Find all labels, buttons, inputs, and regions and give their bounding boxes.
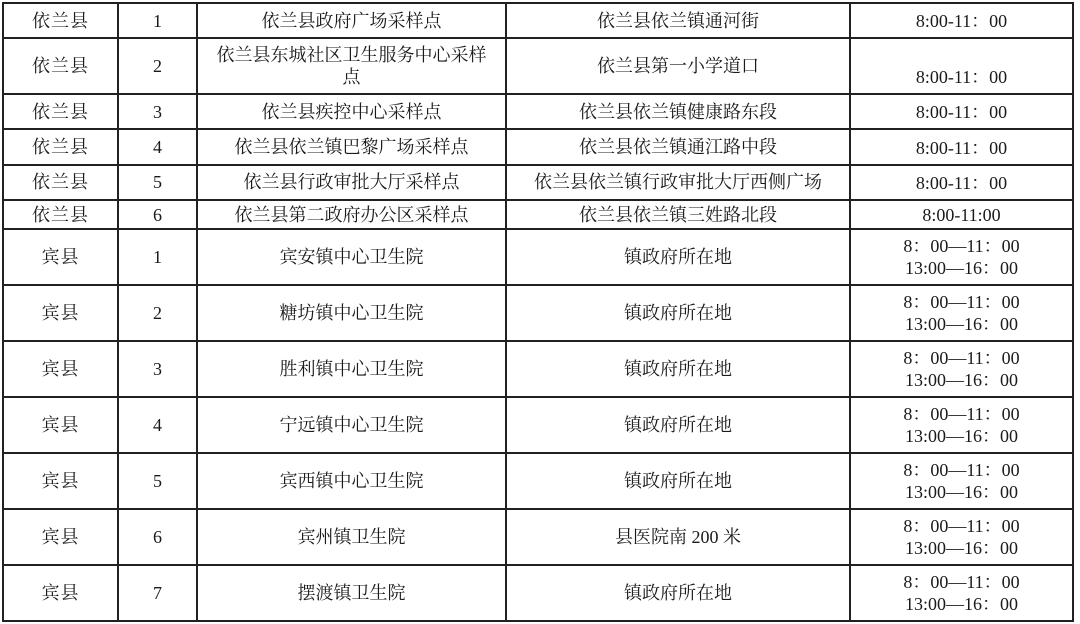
table-row: 宾县 3 胜利镇中心卫生院 镇政府所在地 8：00—11：00 13:00—16… <box>3 341 1073 397</box>
table-row: 宾县 5 宾西镇中心卫生院 镇政府所在地 8：00—11：00 13:00—16… <box>3 453 1073 509</box>
time-cell: 8：00—11：00 13:00—16：00 <box>850 453 1073 509</box>
time-cell: 8:00-11：00 <box>850 165 1073 200</box>
row-number-cell: 7 <box>118 565 197 621</box>
table-row: 依兰县 5 依兰县行政审批大厅采样点 依兰县依兰镇行政审批大厅西侧广场 8:00… <box>3 165 1073 200</box>
site-name-cell: 摆渡镇卫生院 <box>197 565 506 621</box>
site-name-cell: 胜利镇中心卫生院 <box>197 341 506 397</box>
sampling-points-table-container: 依兰县 1 依兰县政府广场采样点 依兰县依兰镇通河街 8:00-11：00 依兰… <box>2 2 1074 622</box>
county-cell: 依兰县 <box>3 129 118 164</box>
table-row: 依兰县 2 依兰县东城社区卫生服务中心采样 点 依兰县第一小学道口 8:00-1… <box>3 38 1073 94</box>
site-name-cell: 依兰县东城社区卫生服务中心采样 点 <box>197 38 506 94</box>
county-cell: 宾县 <box>3 229 118 285</box>
county-cell: 宾县 <box>3 341 118 397</box>
county-cell: 依兰县 <box>3 94 118 129</box>
site-name-cell: 依兰县依兰镇巴黎广场采样点 <box>197 129 506 164</box>
row-number-cell: 6 <box>118 509 197 565</box>
time-cell: 8：00—11：00 13:00—16：00 <box>850 565 1073 621</box>
address-cell: 依兰县依兰镇通河街 <box>506 3 850 38</box>
site-name-cell: 依兰县第二政府办公区采样点 <box>197 200 506 229</box>
county-cell: 宾县 <box>3 397 118 453</box>
address-cell: 镇政府所在地 <box>506 397 850 453</box>
row-number-cell: 6 <box>118 200 197 229</box>
row-number-cell: 2 <box>118 38 197 94</box>
row-number-cell: 4 <box>118 397 197 453</box>
county-cell: 宾县 <box>3 453 118 509</box>
table-row: 宾县 1 宾安镇中心卫生院 镇政府所在地 8：00—11：00 13:00—16… <box>3 229 1073 285</box>
time-cell: 8:00-11：00 <box>850 94 1073 129</box>
table-row: 依兰县 4 依兰县依兰镇巴黎广场采样点 依兰县依兰镇通江路中段 8:00-11：… <box>3 129 1073 164</box>
address-cell: 依兰县依兰镇通江路中段 <box>506 129 850 164</box>
table-row: 依兰县 3 依兰县疾控中心采样点 依兰县依兰镇健康路东段 8:00-11：00 <box>3 94 1073 129</box>
county-cell: 宾县 <box>3 509 118 565</box>
county-cell: 依兰县 <box>3 3 118 38</box>
county-cell: 依兰县 <box>3 200 118 229</box>
time-cell: 8:00-11：00 <box>850 38 1073 94</box>
address-cell: 依兰县第一小学道口 <box>506 38 850 94</box>
address-cell: 依兰县依兰镇三姓路北段 <box>506 200 850 229</box>
table-row: 依兰县 6 依兰县第二政府办公区采样点 依兰县依兰镇三姓路北段 8:00-11:… <box>3 200 1073 229</box>
time-cell: 8：00—11：00 13:00—16：00 <box>850 341 1073 397</box>
address-cell: 依兰县依兰镇健康路东段 <box>506 94 850 129</box>
county-cell: 宾县 <box>3 565 118 621</box>
row-number-cell: 3 <box>118 341 197 397</box>
site-name-cell: 依兰县政府广场采样点 <box>197 3 506 38</box>
row-number-cell: 1 <box>118 229 197 285</box>
sampling-points-table: 依兰县 1 依兰县政府广场采样点 依兰县依兰镇通河街 8:00-11：00 依兰… <box>2 2 1074 622</box>
table-row: 宾县 2 糖坊镇中心卫生院 镇政府所在地 8：00—11：00 13:00—16… <box>3 285 1073 341</box>
address-cell: 镇政府所在地 <box>506 341 850 397</box>
row-number-cell: 4 <box>118 129 197 164</box>
address-cell: 依兰县依兰镇行政审批大厅西侧广场 <box>506 165 850 200</box>
row-number-cell: 5 <box>118 453 197 509</box>
address-cell: 镇政府所在地 <box>506 229 850 285</box>
site-name-cell: 宾安镇中心卫生院 <box>197 229 506 285</box>
time-cell: 8：00—11：00 13:00—16：00 <box>850 229 1073 285</box>
row-number-cell: 2 <box>118 285 197 341</box>
site-name-cell: 依兰县行政审批大厅采样点 <box>197 165 506 200</box>
address-cell: 县医院南 200 米 <box>506 509 850 565</box>
county-cell: 宾县 <box>3 285 118 341</box>
address-cell: 镇政府所在地 <box>506 565 850 621</box>
county-cell: 依兰县 <box>3 165 118 200</box>
time-cell: 8:00-11:00 <box>850 200 1073 229</box>
site-name-cell: 宁远镇中心卫生院 <box>197 397 506 453</box>
table-row: 依兰县 1 依兰县政府广场采样点 依兰县依兰镇通河街 8:00-11：00 <box>3 3 1073 38</box>
time-cell: 8：00—11：00 13:00—16：00 <box>850 509 1073 565</box>
address-cell: 镇政府所在地 <box>506 285 850 341</box>
site-name-cell: 依兰县疾控中心采样点 <box>197 94 506 129</box>
site-name-cell: 宾西镇中心卫生院 <box>197 453 506 509</box>
row-number-cell: 5 <box>118 165 197 200</box>
address-cell: 镇政府所在地 <box>506 453 850 509</box>
time-cell: 8:00-11：00 <box>850 129 1073 164</box>
site-name-cell: 宾州镇卫生院 <box>197 509 506 565</box>
table-row: 宾县 7 摆渡镇卫生院 镇政府所在地 8：00—11：00 13:00—16：0… <box>3 565 1073 621</box>
row-number-cell: 1 <box>118 3 197 38</box>
time-cell: 8：00—11：00 13:00—16：00 <box>850 285 1073 341</box>
time-cell: 8:00-11：00 <box>850 3 1073 38</box>
site-name-cell: 糖坊镇中心卫生院 <box>197 285 506 341</box>
time-cell: 8：00—11：00 13:00—16：00 <box>850 397 1073 453</box>
county-cell: 依兰县 <box>3 38 118 94</box>
table-row: 宾县 6 宾州镇卫生院 县医院南 200 米 8：00—11：00 13:00—… <box>3 509 1073 565</box>
row-number-cell: 3 <box>118 94 197 129</box>
table-row: 宾县 4 宁远镇中心卫生院 镇政府所在地 8：00—11：00 13:00—16… <box>3 397 1073 453</box>
